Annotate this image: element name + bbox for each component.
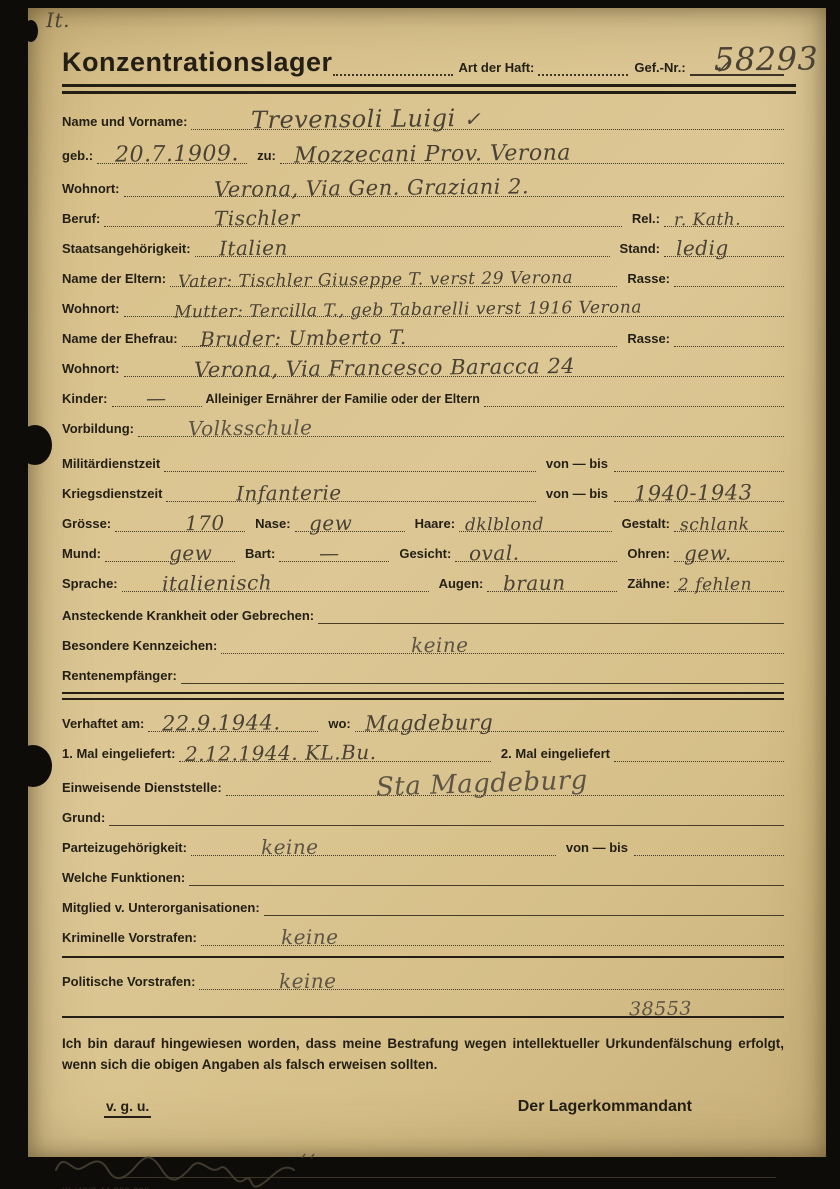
krieg-line: Infanterie <box>166 477 535 502</box>
krieg-vonbis-line: 1940-1943 <box>614 477 784 502</box>
kinder-line: — <box>112 382 202 407</box>
grund-row: Grund: <box>62 796 784 826</box>
wohnort3-line: Verona, Via Francesco Baracca 24 <box>124 352 784 377</box>
wohnort1-line: Verona, Via Gen. Graziani 2. <box>124 172 784 197</box>
dienststelle-row: Einweisende Dienststelle: Sta Magdeburg <box>62 762 784 796</box>
rel-line: r. Kath. <box>664 202 784 227</box>
name-text: Trevensoli Luigi <box>251 104 456 134</box>
rasse1-line <box>674 262 784 287</box>
wohnort3-row: Wohnort: Verona, Via Francesco Baracca 2… <box>62 347 784 377</box>
bart-label: Bart: <box>235 546 279 562</box>
zaehne-value: 2 fehlen <box>678 575 752 596</box>
groesse-line: 170 <box>115 507 245 532</box>
partei-vonbis-line <box>634 831 784 856</box>
name-label: Name und Vorname: <box>62 114 191 130</box>
krankheit-line <box>318 599 784 624</box>
wo-line: Magdeburg <box>355 707 784 732</box>
rente-row: Rentenempfänger: <box>62 654 784 684</box>
art-der-haft-line <box>538 54 628 76</box>
rel-label: Rel.: <box>622 211 664 227</box>
eingeliefert2-line <box>614 737 784 762</box>
unterorg-label: Mitglied v. Unterorganisationen: <box>62 900 264 916</box>
mund-row: Mund: gew Bart: — Gesicht: oval. Ohren: … <box>62 532 784 562</box>
krankheit-label: Ansteckende Krankheit oder Gebrechen: <box>62 608 318 624</box>
checkmark-icon: ✓ <box>714 54 799 79</box>
ernaehrer-line <box>484 382 784 407</box>
verhaftet-label: Verhaftet am: <box>62 716 148 732</box>
sprache-row: Sprache: italienisch Augen: braun Zähne:… <box>62 562 784 592</box>
eingeliefert-label: 1. Mal eingeliefert: <box>62 746 179 762</box>
militaer-label: Militärdienstzeit <box>62 456 164 472</box>
geb-row: geb.: 20.7.1909. zu: Mozzecani Prov. Ver… <box>62 134 784 164</box>
form-body: Name und Vorname: Trevensoli Luigi ✓ geb… <box>62 100 784 1189</box>
gestalt-label: Gestalt: <box>612 516 674 532</box>
signature-block: v. g. u. Der Lagerkommandant <box>62 1098 784 1118</box>
mund-line: gew <box>105 537 235 562</box>
form-title: Konzentrationslager <box>62 49 333 76</box>
zu-label: zu: <box>247 148 280 164</box>
kennzeichen-row: Besondere Kennzeichen: keine <box>62 624 784 654</box>
kriminell-label: Kriminelle Vorstrafen: <box>62 930 201 946</box>
beruf-line: Tischler <box>104 202 622 227</box>
title-line <box>333 54 453 76</box>
sprache-line: italienisch <box>122 567 429 592</box>
zaehne-line: 2 fehlen <box>674 567 784 592</box>
art-der-haft-label: Art der Haft: <box>459 60 535 75</box>
partei-label: Parteizugehörigkeit: <box>62 840 191 856</box>
gesicht-line: oval. <box>455 537 617 562</box>
zu-line: Mozzecani Prov. Verona <box>280 139 784 164</box>
beruf-label: Beruf: <box>62 211 104 227</box>
rasse2-label: Rasse: <box>617 331 674 347</box>
funktionen-label: Welche Funktionen: <box>62 870 189 886</box>
vgu-label: v. g. u. <box>104 1098 151 1118</box>
wohnort2-line: Mutter: Tercilla T., geb Tabarelli verst… <box>124 292 784 317</box>
militaer-vonbis-line <box>614 447 784 472</box>
vorbildung-value: Volksschule <box>188 415 313 440</box>
rasse1-label: Rasse: <box>617 271 674 287</box>
rente-line <box>181 659 784 684</box>
augen-line: braun <box>487 567 617 592</box>
staat-label: Staatsangehörigkeit: <box>62 241 195 257</box>
partei-row: Parteizugehörigkeit: keine von — bis <box>62 826 784 856</box>
augen-value: braun <box>503 571 566 596</box>
haare-line: dklblond <box>459 507 612 532</box>
haare-label: Haare: <box>405 516 459 532</box>
groesse-row: Grösse: 170 Nase: gew Haare: dklblond Ge… <box>62 502 784 532</box>
verhaftet-line: 22.9.1944. <box>148 707 318 732</box>
wohnort1-row: Wohnort: Verona, Via Gen. Graziani 2. <box>62 167 784 197</box>
wo-label: wo: <box>318 716 354 732</box>
eltern-row: Name der Eltern: Vater: Tischler Giusepp… <box>62 257 784 287</box>
declaration-text: Ich bin darauf hingewiesen worden, dass … <box>62 1034 784 1076</box>
name-row: Name und Vorname: Trevensoli Luigi ✓ <box>62 100 784 130</box>
eltern-label: Name der Eltern: <box>62 271 170 287</box>
wohnort2-label: Wohnort: <box>62 301 124 317</box>
header-divider <box>62 84 796 94</box>
ink-blob <box>14 745 52 787</box>
name-line: Trevensoli Luigi ✓ <box>191 105 784 130</box>
dienststelle-label: Einweisende Dienststelle: <box>62 780 226 796</box>
geb-line: 20.7.1909. <box>97 139 247 164</box>
kinder-label: Kinder: <box>62 391 112 407</box>
form-paper: It. Konzentrationslager Art der Haft: Ge… <box>28 8 826 1157</box>
rasse2-line <box>674 322 784 347</box>
funktionen-line <box>189 861 784 886</box>
wohnort1-label: Wohnort: <box>62 181 124 197</box>
checkmark-icon: ✓ <box>464 107 482 131</box>
ink-blob <box>24 20 38 42</box>
eltern-line: Vater: Tischler Giuseppe T. verst 29 Ver… <box>170 262 617 287</box>
vorbildung-label: Vorbildung: <box>62 421 138 437</box>
krankheit-row: Ansteckende Krankheit oder Gebrechen: <box>62 594 784 624</box>
signature-scrawl <box>52 1140 352 1189</box>
ink-blob <box>18 425 52 465</box>
militaer-line <box>164 447 536 472</box>
ehefrau-row: Name der Ehefrau: Bruder: Umberto T. Ras… <box>62 317 784 347</box>
unterorg-row: Mitglied v. Unterorganisationen: <box>62 886 784 916</box>
politisch-label: Politische Vorstrafen: <box>62 974 199 990</box>
politisch-row: Politische Vorstrafen: keine <box>62 960 784 990</box>
bart-line: — <box>279 537 389 562</box>
militaer-vonbis-label: von — bis <box>536 456 614 472</box>
zaehne-label: Zähne: <box>617 576 674 592</box>
vorbildung-line: Volksschule <box>138 412 784 437</box>
number-note: 38553 <box>629 998 692 1021</box>
kriminell-line: keine <box>201 921 784 946</box>
stand-label: Stand: <box>610 241 664 257</box>
krieg-label: Kriegsdienstzeit <box>62 486 166 502</box>
zu-value: Mozzecani Prov. Verona <box>294 141 571 169</box>
ohren-label: Ohren: <box>617 546 674 562</box>
eingeliefert2-label: 2. Mal eingeliefert <box>491 746 614 762</box>
kriminell-value: keine <box>281 925 339 950</box>
gef-nr-line: 58293 ✓ <box>690 40 784 76</box>
groesse-label: Grösse: <box>62 516 115 532</box>
sprache-label: Sprache: <box>62 576 122 592</box>
krieg-vonbis-label: von — bis <box>536 486 614 502</box>
partei-vonbis-label: von — bis <box>556 840 634 856</box>
militaer-row: Militärdienstzeit von — bis <box>62 442 784 472</box>
ehefrau-line: Bruder: Umberto T. <box>182 322 618 347</box>
vorbildung-row: Vorbildung: Volksschule <box>62 407 784 437</box>
politisch-line: keine <box>199 965 784 990</box>
krieg-row: Kriegsdienstzeit Infanterie von — bis 19… <box>62 472 784 502</box>
signature-area <box>62 1152 784 1189</box>
rente-label: Rentenempfänger: <box>62 668 181 684</box>
kennzeichen-line: keine <box>221 629 784 654</box>
wohnort2-row: Wohnort: Mutter: Tercilla T., geb Tabare… <box>62 287 784 317</box>
wohnort3-label: Wohnort: <box>62 361 124 377</box>
verhaftet-row: Verhaftet am: 22.9.1944. wo: Magdeburg <box>62 702 784 732</box>
ernaehrer-label: Alleiniger Ernährer der Familie oder der… <box>202 392 484 407</box>
grund-line <box>109 801 784 826</box>
gesicht-label: Gesicht: <box>389 546 455 562</box>
mund-label: Mund: <box>62 546 105 562</box>
kommandant-label: Der Lagerkommandant <box>518 1098 692 1116</box>
augen-label: Augen: <box>429 576 488 592</box>
form-header: Konzentrationslager Art der Haft: Gef.-N… <box>62 40 784 76</box>
number-note-row: 38553 <box>62 990 784 1016</box>
kennzeichen-label: Besondere Kennzeichen: <box>62 638 221 654</box>
section-divider <box>62 956 784 958</box>
nase-line: gew <box>295 507 405 532</box>
name-value: Trevensoli Luigi ✓ <box>251 104 481 134</box>
geb-value: 20.7.1909. <box>115 141 239 167</box>
beruf-row: Beruf: Tischler Rel.: r. Kath. <box>62 197 784 227</box>
ohren-line: gew. <box>674 537 784 562</box>
ehefrau-label: Name der Ehefrau: <box>62 331 182 347</box>
partei-line: keine <box>191 831 556 856</box>
geb-label: geb.: <box>62 148 97 164</box>
sprache-value: italienisch <box>162 570 272 595</box>
grund-label: Grund: <box>62 810 109 826</box>
staat-line: Italien <box>195 232 610 257</box>
gestalt-line: schlank <box>674 507 784 532</box>
section-divider <box>62 692 784 700</box>
scanned-document-page: { "header": { "annotation": "It.", "titl… <box>0 0 840 1189</box>
nase-label: Nase: <box>245 516 294 532</box>
eingeliefert-line: 2.12.1944. KL.Bu. <box>179 737 490 762</box>
gef-nr-label: Gef.-Nr.: <box>634 60 685 75</box>
kriminell-row: Kriminelle Vorstrafen: keine <box>62 916 784 946</box>
kinder-row: Kinder: — Alleiniger Ernährer der Famili… <box>62 377 784 407</box>
unterorg-line <box>264 891 784 916</box>
staat-row: Staatsangehörigkeit: Italien Stand: ledi… <box>62 227 784 257</box>
eingeliefert-row: 1. Mal eingeliefert: 2.12.1944. KL.Bu. 2… <box>62 732 784 762</box>
funktionen-row: Welche Funktionen: <box>62 856 784 886</box>
stand-line: ledig <box>664 232 784 257</box>
dienststelle-line: Sta Magdeburg <box>226 771 784 796</box>
